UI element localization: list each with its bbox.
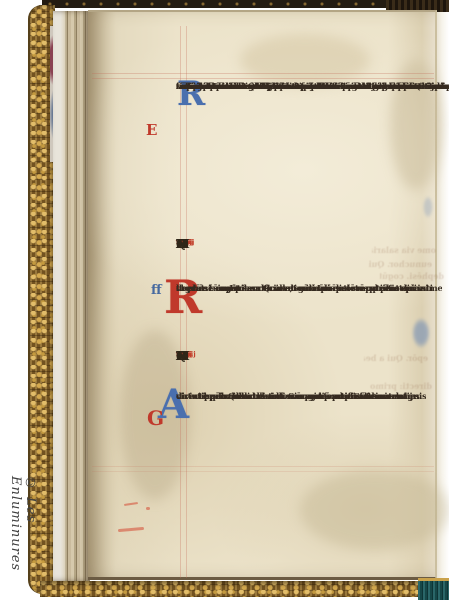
manuscript-photo: ome via salaria veteri: nālis scōr mrm p… <box>0 0 449 600</box>
horizontal-ruling-line <box>92 73 434 74</box>
margin-letter: ff <box>151 283 162 298</box>
horizontal-ruling-line <box>92 466 434 467</box>
bleedthrough-text: directi: primo illic christi evangeliū p… <box>368 381 432 391</box>
text-line: lugdunēsis. Et. Pridie idus septembris l… <box>176 283 242 296</box>
lunar-letter: T. <box>176 238 188 250</box>
text-line: tatis epī et cōfessoris. Et . iij idus s… <box>176 80 286 94</box>
fore-edge-stripes <box>418 578 449 600</box>
horizontal-ruling-line <box>92 471 434 472</box>
red-marginal-mark <box>146 507 150 510</box>
margin-letter: E <box>146 121 157 139</box>
bleedthrough-text: dephēsi. cogūt sacrificare; sz nō cōsent… <box>380 271 444 281</box>
lunar-letters-row: LMNOPQRST <box>176 350 408 363</box>
page-stack-edges <box>53 11 90 581</box>
binding-gold-border-bottom <box>40 581 422 597</box>
vellum-stain <box>300 470 449 550</box>
bleedthrough-blue-initial <box>423 196 433 218</box>
lunar-letter: T <box>176 350 185 362</box>
bleedthrough-text: eunuchor. Qui sub galieno īpatore qd eēn… <box>368 259 432 269</box>
text-line: divinis opibz illustrarent. Sicqz in pon… <box>176 391 403 405</box>
lunar-letters-row: LMNOPQRST. <box>176 238 408 251</box>
bleedthrough-blue-initial <box>412 318 430 348</box>
horizontal-ruling-line <box>92 78 434 79</box>
photo-credit: © Les Enluminures <box>8 476 38 600</box>
margin-letter: G <box>147 406 164 430</box>
